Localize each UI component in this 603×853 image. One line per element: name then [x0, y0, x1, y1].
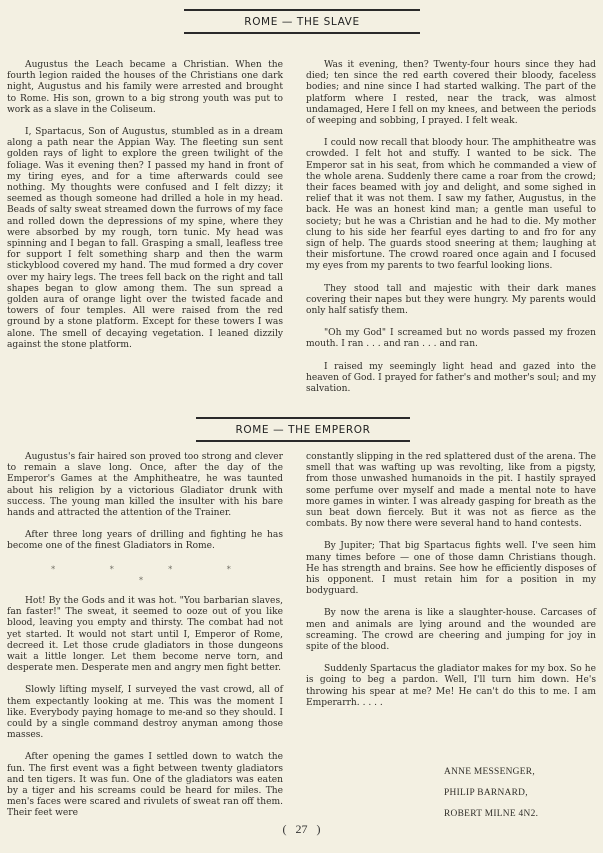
paragraph: I could now recall that bloody hour. The…	[306, 138, 596, 272]
paragraph: By now the arena is like a slaughter-hou…	[306, 608, 596, 653]
paragraph: After opening the games I settled down t…	[7, 752, 283, 819]
emperor-right-column: constantly slipping in the red splattere…	[306, 452, 596, 720]
author-name: PHILIP BARNARD,	[444, 783, 538, 804]
paragraph: I raised my seemingly light head and gaz…	[306, 362, 596, 396]
heading-title: ROME — THE EMPEROR	[196, 419, 410, 440]
magazine-page: ROME — THE SLAVE Augustus the Leach beca…	[0, 0, 603, 853]
author-name: ANNE MESSENGER,	[444, 762, 538, 783]
author-signatures: ANNE MESSENGER, PHILIP BARNARD, ROBERT M…	[444, 762, 538, 825]
paragraph: Slowly lifting myself, I surveyed the va…	[7, 685, 283, 741]
paragraph: They stood tall and majestic with their …	[306, 284, 596, 318]
paragraph-continuation: constantly slipping in the red splattere…	[306, 452, 596, 530]
paragraph: Augustus's fair haired son proved too st…	[7, 452, 283, 519]
paragraph: I, Spartacus, Son of Augustus, stumbled …	[7, 127, 283, 351]
paragraph: Suddenly Spartacus the gladiator makes f…	[306, 664, 596, 709]
emperor-left-column: Augustus's fair haired son proved too st…	[7, 452, 283, 831]
paragraph: Hot! By the Gods and it was hot. "You ba…	[7, 596, 283, 674]
section-break-asterisks: * * * * *	[7, 564, 283, 586]
heading-title: ROME — THE SLAVE	[184, 11, 420, 32]
paragraph: Augustus the Leach became a Christian. W…	[7, 60, 283, 116]
paragraph: Was it evening, then? Twenty-four hours …	[306, 60, 596, 127]
page-number: ( 27 )	[0, 822, 603, 837]
paragraph: By Jupiter; That big Spartacus fights we…	[306, 541, 596, 597]
paragraph: "Oh my God" I screamed but no words pass…	[306, 328, 596, 350]
section-heading-emperor: ROME — THE EMPEROR	[196, 417, 410, 442]
slave-right-column: Was it evening, then? Twenty-four hours …	[306, 60, 596, 406]
heading-rule-bottom	[184, 32, 420, 34]
heading-rule-bottom	[196, 440, 410, 442]
paragraph: After three long years of drilling and f…	[7, 530, 283, 552]
section-heading-slave: ROME — THE SLAVE	[184, 9, 420, 34]
slave-left-column: Augustus the Leach became a Christian. W…	[7, 60, 283, 362]
